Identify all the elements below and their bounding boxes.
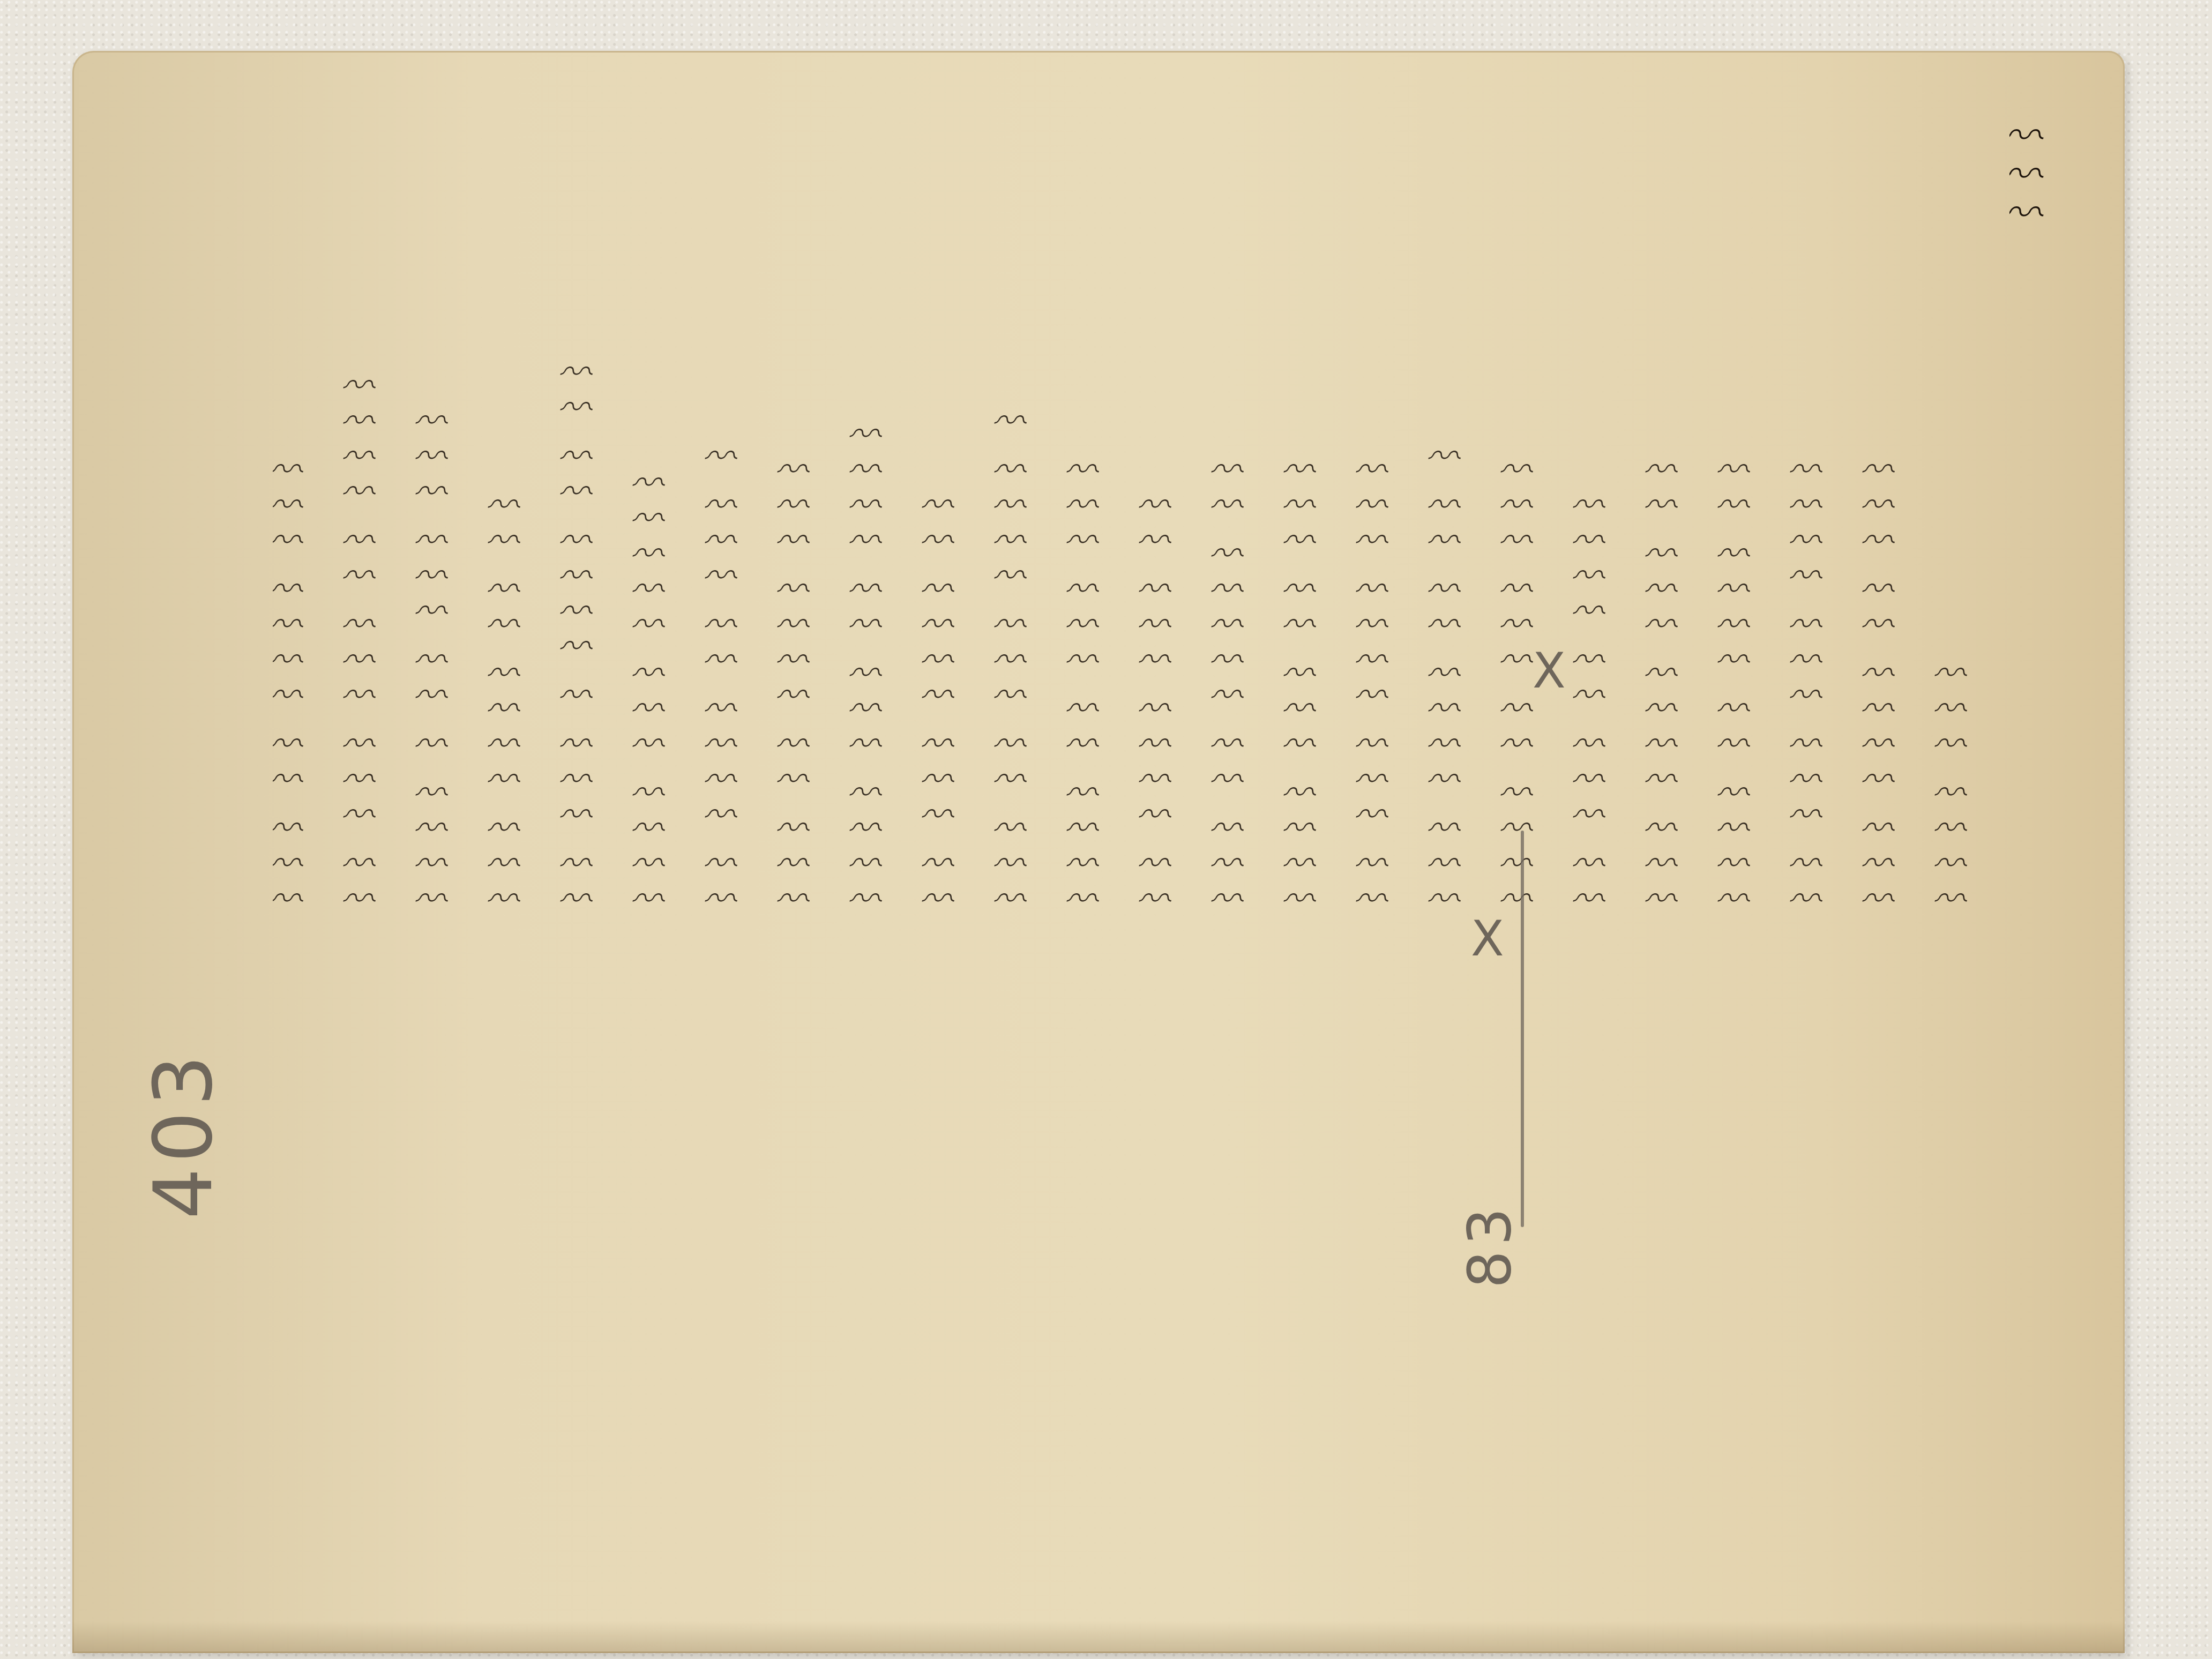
text-line: 〰〰 〰〰〰 〰〰〰〰 〰〰〰 [1356, 121, 1394, 914]
pencil-x-mark: X [1533, 643, 1566, 699]
text-line: 〰〰〰 〰〰〰〰 〰〰〰 〰〰 [1645, 121, 1684, 914]
text-line: 〰〰 〰〰〰 〰〰 〰〰〰〰 [1573, 121, 1611, 914]
pencil-x-mark: X [1471, 911, 1504, 967]
text-line: 〰〰 〰〰〰〰 〰〰 〰〰〰 〰 [705, 121, 743, 914]
text-line: 〰〰〰 〰〰 〰〰〰〰 〰〰〰 [271, 121, 309, 914]
section-number: 83 [1455, 1202, 1524, 1288]
text-line: 〰〰〰〰 〰 〰〰 〰〰〰 〰〰〰 [415, 121, 454, 914]
manuscript-page: 〰〰〰 〰〰 〰〰〰〰 〰〰〰 〰〰 〰〰〰 〰〰〰 〰〰 〰〰〰〰 〰〰〰〰 … [72, 51, 2125, 1653]
handwritten-text-block: 〰〰〰 〰〰 〰〰〰〰 〰〰〰 〰〰 〰〰〰 〰〰〰 〰〰 〰〰〰〰 〰〰〰〰 … [271, 121, 2093, 924]
text-line: 〰〰〰〰 〰〰 〰〰〰 〰〰〰 [1066, 121, 1105, 914]
text-line: 〰〰〰 〰〰〰〰 〰〰 〰〰 [488, 121, 526, 914]
text-line: 〰〰〰 〰〰 〰〰〰〰〰 〰〰 [1211, 121, 1250, 914]
text-line: 〰〰 〰〰〰 〰〰〰〰 〰〰 [922, 121, 960, 914]
text-line: 〰〰〰〰 〰〰 〰〰〰 〰〰〰 [1500, 121, 1539, 914]
text-line: 〰〰〰 〰〰 〰〰〰〰 〰〰〰 [777, 121, 816, 914]
text-line: 〰〰〰〰 〰〰〰 〰〰〰〰〰 [632, 121, 671, 914]
text-line: 〰〰〰 〰〰〰〰 〰〰 〰〰 〰 [1428, 121, 1467, 914]
text-line: 〰〰〰 〰〰〰〰 〰〰 〰〰〰 [1862, 121, 1901, 914]
text-line: 〰〰〰 〰〰 〰〰〰 〰〰〰〰 〰 [994, 121, 1033, 914]
pencil-bracket-line [1521, 831, 1524, 1227]
text-line: 〰〰 〰〰〰 〰〰〰 〰〰 〰〰〰〰 [343, 121, 382, 914]
text-line: 〰〰 〰〰〰 〰〰〰 〰〰〰〰 [1790, 121, 1828, 914]
text-line: 〰〰 〰〰〰〰 〰〰〰 〰〰 [1139, 121, 1177, 914]
text-line: 〰〰〰〰 〰〰〰 〰〰 〰〰〰 [1283, 121, 1322, 914]
text-line: 〰〰〰〰 〰〰〰 〰〰 〰〰〰〰 [849, 121, 888, 914]
text-line: 〰〰 〰〰〰 〰 〰〰〰〰 〰〰 〰〰 [560, 121, 599, 914]
text-line: 〰〰〰〰 〰〰 〰〰〰〰 〰〰 [1717, 121, 1756, 914]
text-line: 〰〰〰〰 〰〰〰 [1934, 121, 1973, 914]
folio-number: 403 [137, 1050, 230, 1219]
signature: 〰〰〰 [2004, 70, 2068, 230]
